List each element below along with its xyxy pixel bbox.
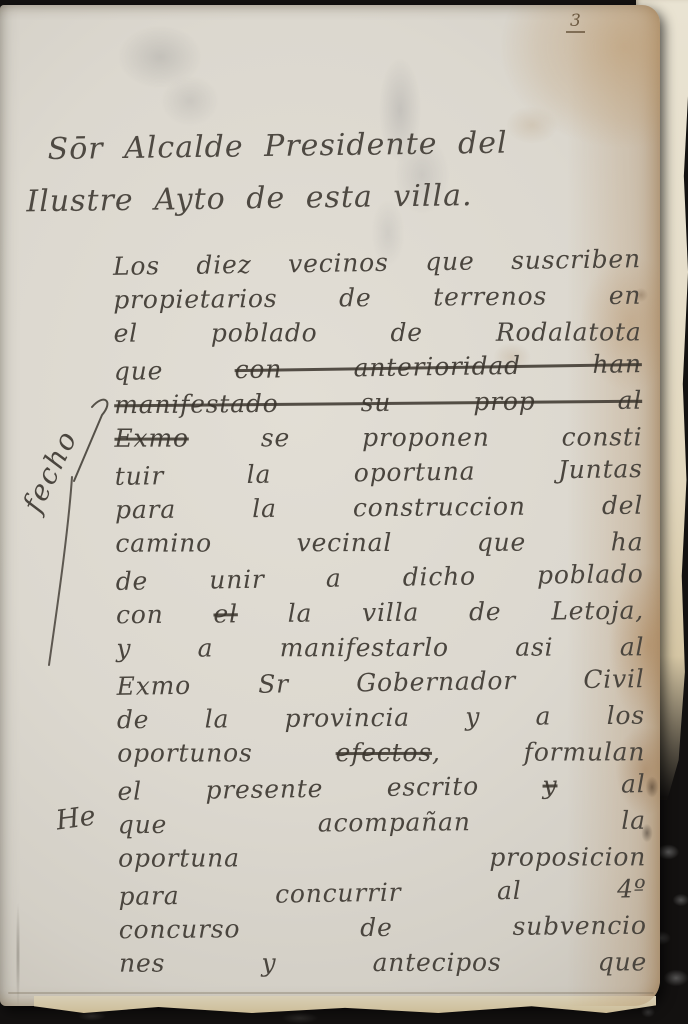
struck-text: manifestado su prop al bbox=[114, 386, 642, 420]
text-segment: Exmo Sr Gobernador Civil bbox=[116, 664, 644, 701]
manuscript-line: manifestado su prop al bbox=[114, 383, 642, 423]
heading: Sōr Alcalde Presidente delIlustre Ayto d… bbox=[25, 118, 508, 229]
text-segment: Los diez vecinos que suscriben bbox=[113, 244, 641, 281]
manuscript-line: concurso de subvencio bbox=[119, 908, 647, 948]
text-segment: oportuna proposicion bbox=[118, 842, 646, 872]
struck-text: y bbox=[542, 770, 557, 799]
text-segment: se proponen consti bbox=[189, 422, 643, 452]
margin-note-paraph: He bbox=[54, 800, 97, 836]
text-segment: que bbox=[114, 355, 235, 386]
text-segment: oportunos bbox=[117, 738, 335, 768]
body-text: Los diez vecinos que suscribenpropietari… bbox=[113, 243, 647, 983]
text-segment: y a manifestarlo asi al bbox=[116, 632, 644, 662]
manuscript-line: Exmo se proponen consti bbox=[114, 419, 642, 455]
text-segment: tuir la oportuna Juntas bbox=[115, 454, 643, 491]
manuscript-line: el poblado de Rodalatota bbox=[114, 314, 642, 350]
manuscript-line: de la provincia y a los bbox=[117, 698, 645, 738]
manuscript-line: y a manifestarlo asi al bbox=[116, 629, 644, 665]
manuscript-line: con el la villa de Letoja, bbox=[116, 593, 644, 633]
manuscript-photo: 3 Sōr Alcalde Presidente delIlustre Ayto… bbox=[0, 0, 688, 1024]
text-segment: concurso de subvencio bbox=[119, 911, 647, 945]
text-segment: al bbox=[557, 769, 645, 799]
text-segment: , formulan bbox=[432, 737, 645, 767]
text-segment: para concurrir al 4º bbox=[118, 874, 646, 911]
text-segment: para la construccion del bbox=[115, 491, 643, 525]
text-segment: la villa de Letoja, bbox=[238, 596, 644, 629]
manuscript-line: propietarios de terrenos en bbox=[113, 278, 641, 318]
text-segment: nes y antecipos que bbox=[119, 947, 647, 977]
text-segment: que acompañan la bbox=[118, 806, 646, 840]
manuscript-line: camino vecinal que ha bbox=[115, 524, 643, 560]
heading-line: Ilustre Ayto de esta villa. bbox=[26, 170, 509, 229]
struck-text: con anterioridad han bbox=[234, 349, 642, 384]
manuscript-line: para la construccion del bbox=[115, 488, 643, 528]
text-segment: el presente escrito bbox=[117, 771, 542, 806]
struck-text: el bbox=[213, 599, 238, 628]
text-segment: de la provincia y a los bbox=[117, 701, 645, 735]
bottom-fold-crease bbox=[8, 992, 654, 994]
manuscript-line: que acompañan la bbox=[118, 803, 646, 843]
text-segment: de unir a dicho poblado bbox=[116, 559, 644, 596]
struck-text: efectos bbox=[336, 738, 432, 767]
text-segment: el poblado de Rodalatota bbox=[114, 317, 642, 347]
text-segment: propietarios de terrenos en bbox=[113, 281, 641, 315]
manuscript-line: oportuna proposicion bbox=[118, 839, 646, 875]
manuscript-page: 3 Sōr Alcalde Presidente delIlustre Ayto… bbox=[0, 5, 660, 1006]
text-segment: con bbox=[116, 599, 214, 629]
page-number: 3 bbox=[566, 11, 585, 33]
heading-line: Sōr Alcalde Presidente del bbox=[25, 118, 508, 177]
manuscript-line: oportunos efectos, formulan bbox=[117, 734, 645, 770]
text-segment: camino vecinal que ha bbox=[115, 527, 643, 557]
manuscript-line: nes y antecipos que bbox=[119, 944, 647, 980]
